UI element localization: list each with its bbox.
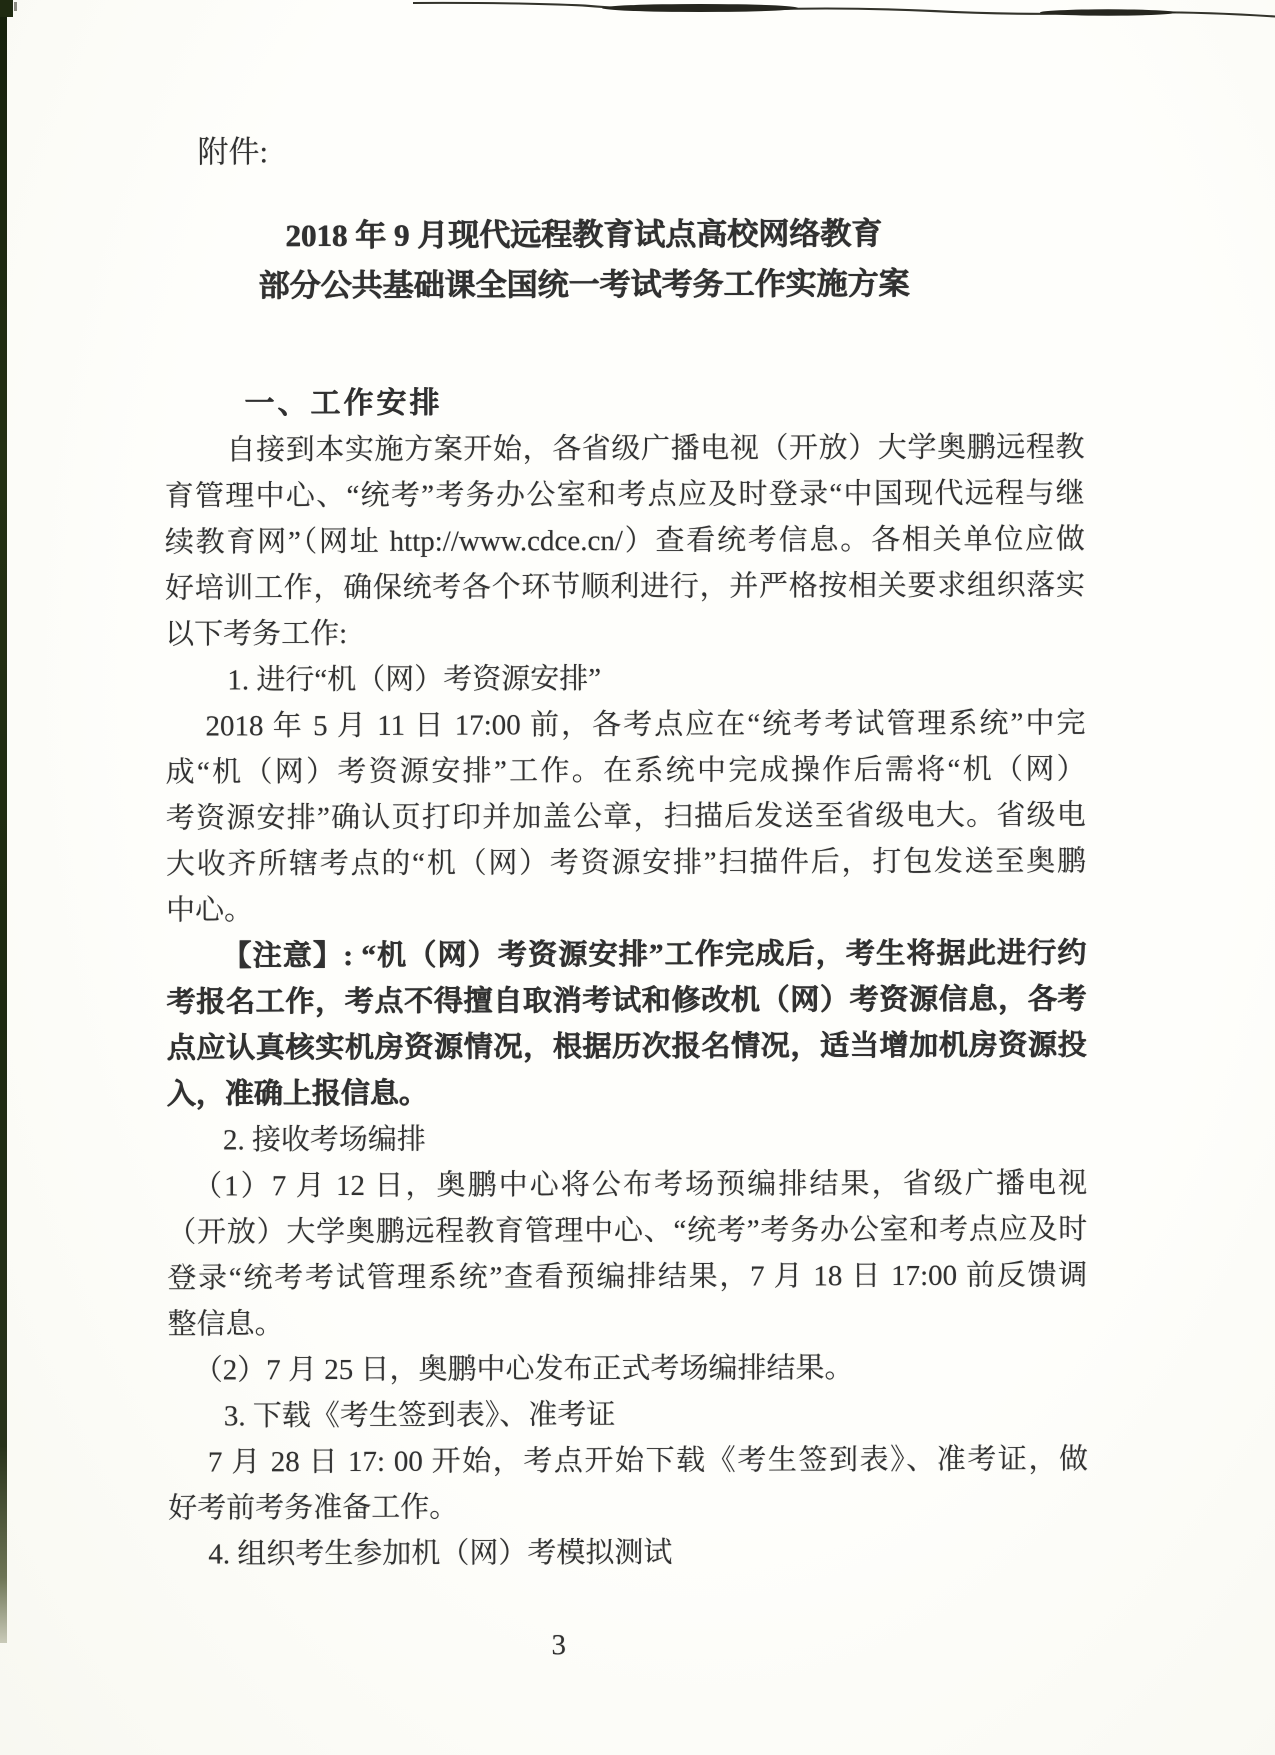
doc-line: 1. 进行“机（网）考资源安排” — [165, 654, 1085, 703]
doc-line: 整信息。 — [167, 1298, 1087, 1347]
doc-line: 自接到本实施方案开始，各省级广播电视（开放）大学奥鹏远程教 — [164, 424, 1084, 473]
doc-line-note: 点应认真核实机房资源情况，根据历次报名情况，适当增加机房资源投 — [167, 1022, 1087, 1071]
page-number: 3 — [169, 1621, 949, 1670]
doc-line-note: 入，准确上报信息。 — [167, 1068, 1087, 1117]
document-title-line-1: 2018 年 9 月现代远程教育试点高校网络教育 — [164, 209, 1004, 262]
doc-line: 大收齐所辖考点的“机（网）考资源安排”扫描件后，打包发送至奥鹏 — [166, 838, 1086, 887]
doc-line: 4. 组织考生参加机（网）考模拟测试 — [168, 1528, 1088, 1577]
doc-line: 登录“统考考试管理系统”查看预编排结果，7 月 18 日 17:00 前反馈调 — [167, 1252, 1087, 1301]
doc-line: 好考前考务准备工作。 — [168, 1482, 1088, 1531]
doc-line: 2. 接收考场编排 — [167, 1114, 1087, 1163]
doc-line-note: 考报名工作，考点不得擅自取消考试和修改机（网）考资源信息，各考 — [166, 976, 1086, 1025]
doc-line: 以下考务工作: — [165, 608, 1085, 657]
document-title-line-2: 部分公共基础课全国统一考试考务工作实施方案 — [164, 259, 1004, 312]
attachment-label: 附件: — [163, 128, 597, 176]
section-heading: 一、工作安排 — [164, 378, 1084, 427]
doc-line: （开放）大学奥鹏远程教育管理中心、“统考”考务办公室和考点应及时 — [167, 1206, 1087, 1255]
doc-line: （1）7 月 12 日，奥鹏中心将公布考场预编排结果，省级广播电视 — [167, 1160, 1087, 1209]
scanned-page: 附件: 2018 年 9 月现代远程教育试点高校网络教育 部分公共基础课全国统一… — [0, 0, 1275, 1755]
document-title: 2018 年 9 月现代远程教育试点高校网络教育 部分公共基础课全国统一考试考务… — [164, 209, 1004, 312]
doc-line: 育管理中心、“统考”考务办公室和考点应及时登录“中国现代远程与继 — [165, 470, 1085, 519]
doc-line-note: 【注意】: “机（网）考资源安排”工作完成后，考生将据此进行约 — [166, 930, 1086, 979]
doc-line: 7 月 28 日 17: 00 开始，考点开始下载《考生签到表》、准考证，做 — [168, 1436, 1088, 1485]
doc-line: 3. 下载《考生签到表》、准考证 — [168, 1390, 1088, 1439]
doc-line: 考资源安排”确认页打印并加盖公章，扫描后发送至省级电大。省级电 — [166, 792, 1086, 841]
doc-line: 续教育网”（网址 http://www.cdce.cn/）查看统考信息。各相关单… — [165, 516, 1085, 565]
doc-line: 2018 年 5 月 11 日 17:00 前，各考点应在“统考考试管理系统”中… — [165, 700, 1085, 749]
doc-line: （2）7 月 25 日，奥鹏中心发布正式考场编排结果。 — [168, 1344, 1088, 1393]
doc-line: 好培训工作，确保统考各个环节顺利进行，并严格按相关要求组织落实 — [165, 562, 1085, 611]
doc-line: 成“机（网）考资源安排”工作。在系统中完成操作后需将“机（网） — [166, 746, 1086, 795]
document-body: 一、工作安排 自接到本实施方案开始，各省级广播电视（开放）大学奥鹏远程教 育管理… — [164, 378, 1088, 1577]
doc-line: 中心。 — [166, 884, 1086, 933]
